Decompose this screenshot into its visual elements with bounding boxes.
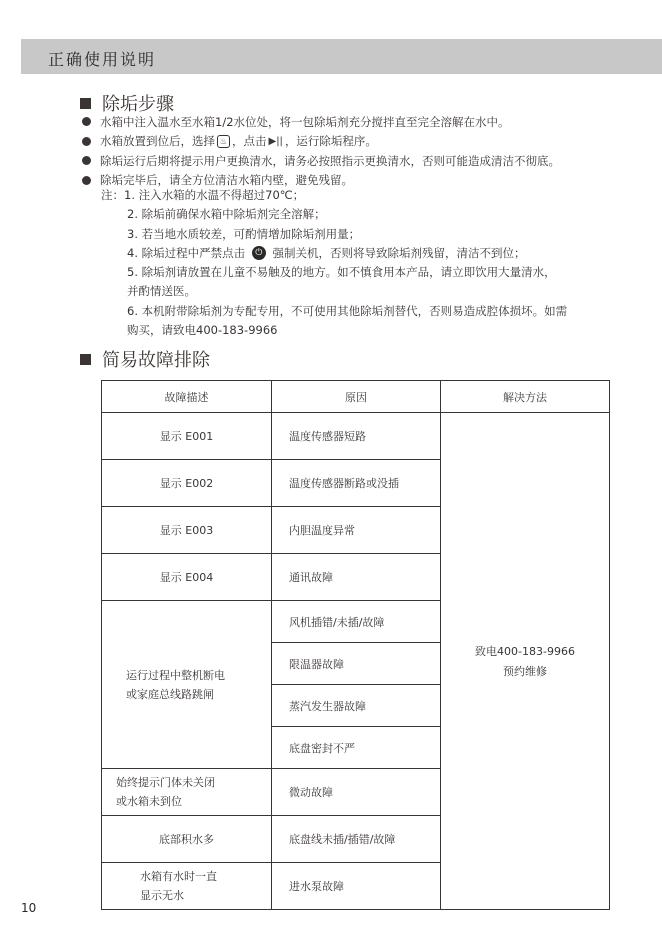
note-line: 5. 除垢剂请放置在儿童不易触及的地方。如不慎食用本产品，请立即饮用大量清水， [101,263,611,282]
fault-cause: 通讯故障 [272,554,441,601]
note-line: 6. 本机附带除垢剂为专配专用，不可使用其他除垢剂替代，否则易造成腔体损坏。如需 [101,302,611,321]
troubleshooting-heading: 简易故障排除 [80,346,210,372]
fault-description: 运行过程中整机断电 或家庭总线路跳闸 [102,601,272,769]
fault-description: 显示 E002 [102,460,272,507]
fault-cause: 温度传感器短路 [272,413,441,460]
fault-solution: 致电400-183-9966 预约维修 [441,413,610,910]
play-pause-icon: ▶|| [269,136,283,147]
fault-cause: 进水泵故障 [272,863,441,910]
fault-description: 显示 E001 [102,413,272,460]
fault-description: 显示 E003 [102,507,272,554]
fault-description: 始终提示门体未关闭 或水箱未到位 [102,769,272,816]
descaling-step: 水箱中注入温水至水箱1/2水位处，将一包除垢剂充分搅拌直至完全溶解在水中。 [80,112,640,132]
fault-cause: 风机插错/未插/故障 [272,601,441,643]
column-header-description: 故障描述 [102,381,272,413]
fault-description: 水箱有水时一直 显示无水 [102,863,272,910]
note-line: 4. 除垢过程中严禁点击 ⏻ 强制关机，否则将导致除垢剂残留，清洁不到位； [101,244,611,263]
square-bullet-icon [80,354,91,365]
note-line: 2. 除垢前确保水箱中除垢剂完全溶解； [101,205,611,224]
fault-cause: 蒸汽发生器故障 [272,685,441,727]
page-section-title: 正确使用说明 [48,47,156,70]
bullet-dot-icon [82,156,91,165]
power-icon: ⏻ [252,246,266,260]
note-line: 3. 若当地水质较差，可酌情增加除垢剂用量； [101,225,611,244]
fault-description: 显示 E004 [102,554,272,601]
note-line: 注：1. 注入水箱的水温不得超过70℃； [101,186,611,205]
fault-cause: 底盘线未插/插错/故障 [272,816,441,863]
note-line: 购买，请致电400-183-9966 [101,321,611,340]
descale-mode-icon: ♨ [217,135,230,148]
table-row: 显示 E001 温度传感器短路 致电400-183-9966 预约维修 [102,413,610,460]
column-header-solution: 解决方法 [441,381,610,413]
fault-cause: 微动故障 [272,769,441,816]
bullet-dot-icon [82,176,91,185]
fault-cause: 底盘密封不严 [272,727,441,769]
bullet-dot-icon [82,117,91,126]
fault-description: 底部积水多 [102,816,272,863]
page-number: 10 [21,901,36,915]
square-bullet-icon [80,98,91,109]
descaling-step: 除垢运行后期将提示用户更换清水，请务必按照指示更换清水，否则可能造成清洁不彻底。 [80,151,640,171]
descaling-step: 水箱放置到位后，选择 ♨ ，点击 ▶|| ，运行除垢程序。 [80,132,640,152]
fault-cause: 内胆温度异常 [272,507,441,554]
troubleshooting-table: 故障描述 原因 解决方法 显示 E001 温度传感器短路 致电400-183-9… [101,380,610,910]
section-header-band: 正确使用说明 [21,39,662,74]
note-line: 并酌情送医。 [101,282,611,301]
descaling-steps: 水箱中注入温水至水箱1/2水位处，将一包除垢剂充分搅拌直至完全溶解在水中。 水箱… [80,112,640,190]
fault-cause: 限温器故障 [272,643,441,685]
troubleshooting-title: 简易故障排除 [102,346,210,372]
column-header-cause: 原因 [272,381,441,413]
bullet-dot-icon [82,137,91,146]
table-header-row: 故障描述 原因 解决方法 [102,381,610,413]
fault-cause: 温度传感器断路或没插 [272,460,441,507]
descaling-notes: 注：1. 注入水箱的水温不得超过70℃； 2. 除垢前确保水箱中除垢剂完全溶解；… [101,186,611,340]
